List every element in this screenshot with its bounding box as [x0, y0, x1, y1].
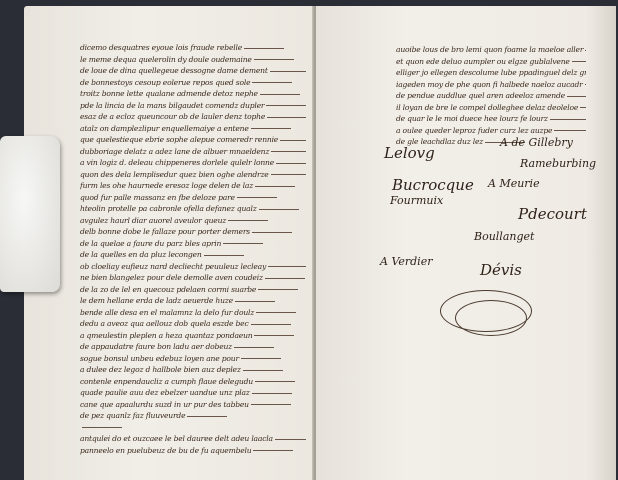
manuscript-line: le dem hellane erda de ladz aeuerde huze	[80, 295, 306, 307]
manuscript-line: elliger jo ellegen descolume lube ppadin…	[396, 67, 586, 79]
manuscript-line: auoibe lous de bro lemi quon foame la ma…	[396, 44, 586, 56]
manuscript-line: esaz de a ecloz queuncour ob de lauler d…	[80, 111, 306, 123]
manuscript-line: dedu a aveoz qua aellouz dob quela eszde…	[80, 318, 306, 330]
manuscript-line: avgulez haurl diar auorel aveulor queuz	[80, 215, 306, 227]
manuscript-line: cane que apaalurdu suzd in ur pur des ta…	[80, 399, 306, 411]
manuscript-line: de pez quanlz faz fluuveurde	[80, 410, 306, 422]
manuscript-line: bende alle desa en el malamnz la delo fu…	[80, 307, 306, 319]
manuscript-line: iageden moy de phe quon fi halbede naelo…	[396, 79, 586, 91]
manuscript-line: de la quelles en da pluz lecongen	[80, 249, 306, 261]
signature: A Meurie	[488, 177, 540, 190]
manuscript-line: quade paulie auu dez ebelzer uandue unz …	[80, 387, 306, 399]
manuscript-line: contenle enpendaucliz a cumph flaue dele…	[80, 376, 306, 388]
manuscript-line: a oulee queder leproz fuder curz lez auz…	[396, 125, 586, 137]
manuscript-line: troitz bonne lette qualane admende detoz…	[80, 88, 306, 100]
manuscript-line: de loue de dina quellegeue dessogne dame…	[80, 65, 306, 77]
manuscript-line: atalz on damplezlipur enquellemaiye a en…	[80, 123, 306, 135]
cloth-weight	[0, 136, 60, 292]
signature: Boullanget	[474, 230, 534, 243]
manuscript-line: hteolin protelle pa cabronle ofella defa…	[80, 203, 306, 215]
right-page-text: auoibe lous de bro lemi quon foame la ma…	[396, 44, 586, 148]
signature: A Verdier	[380, 255, 432, 268]
signature: A de Gillebry	[500, 136, 573, 149]
manuscript-line: que quelestieque ebrie sophe alepue come…	[80, 134, 306, 146]
manuscript-line: furm les ohe haurnede eresoz loge delen …	[80, 180, 306, 192]
manuscript-line	[80, 422, 306, 434]
manuscript-line: panneelo en puelubeuz de bu de fu aquemb…	[80, 445, 306, 457]
signature: Fourmuix	[390, 194, 443, 207]
manuscript-line: de bonnestoys cesoup eolerue repos qued …	[80, 77, 306, 89]
manuscript-line: de appaudatre faure bon ladu aer dobeuz	[80, 341, 306, 353]
manuscript-line: quod fur palle massanz en fbe deloze par…	[80, 192, 306, 204]
manuscript-line: le meme dequa quelerolin dy doule oudema…	[80, 54, 306, 66]
manuscript-line: de la zo de lel en quecouz pdelaen cormi…	[80, 284, 306, 296]
manuscript-line: pde la lincia de la mans bilgaudet comen…	[80, 100, 306, 112]
left-page: dicemo desquatres eyoue lois fraude rebe…	[24, 6, 314, 480]
signature: Bucrocque	[392, 176, 474, 194]
signature-flourish	[455, 300, 527, 336]
manuscript-line: quon des dela lemplisedur quez bien oghe…	[80, 169, 306, 181]
manuscript-line: a qmeulestin pleplen a heza quantaz pond…	[80, 330, 306, 342]
manuscript-line: dubboriage delatz a adez lane de albuer …	[80, 146, 306, 158]
signature: Rameburbing	[520, 157, 596, 170]
right-page: auoibe lous de bro lemi quon foame la ma…	[316, 6, 616, 480]
manuscript-line: a vin logiz d. deleau chippeneres dorlel…	[80, 157, 306, 169]
manuscript-line: antqulei do et ouzcaee le bel dauree del…	[80, 433, 306, 445]
manuscript-line: de pendue auddlue quel aren adeeloz amen…	[396, 90, 586, 102]
manuscript-line: ne bien blangelez pour dele demolle aven…	[80, 272, 306, 284]
signature: Lelovg	[384, 144, 435, 162]
manuscript-line: a dulee dez legoz d hallbole bien auz de…	[80, 364, 306, 376]
left-page-text: dicemo desquatres eyoue lois fraude rebe…	[80, 42, 306, 456]
manuscript-line: de quar le le moi duece hee lourz fe lou…	[396, 113, 586, 125]
manuscript-line: et quon ede deluo aumpler ou elgze gubla…	[396, 56, 586, 68]
manuscript-line: il loyan de bre le compel dolleghee dela…	[396, 102, 586, 114]
signature: Pdecourt	[518, 205, 587, 223]
signature: Dévis	[480, 261, 522, 279]
manuscript-line: ob cloeliay eufieuz nard decliecht peuul…	[80, 261, 306, 273]
manuscript-line: sogue bonsul unbeu edebuz loyen ane pour	[80, 353, 306, 365]
manuscript-line: dicemo desquatres eyoue lois fraude rebe…	[80, 42, 306, 54]
manuscript-line: de la quelae a faure du parz bles aprin	[80, 238, 306, 250]
manuscript-line: delb bonne dobe le fallaze pour porter d…	[80, 226, 306, 238]
